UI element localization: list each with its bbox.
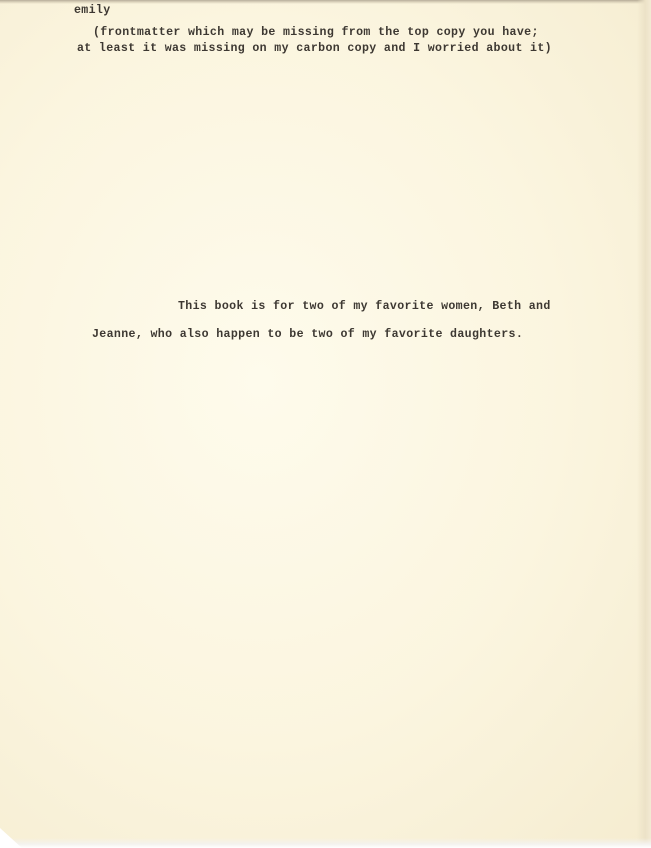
- paper-bottom-edge: [0, 838, 651, 848]
- note-line: (frontmatter which may be missing from t…: [93, 26, 539, 39]
- paper-corner-fold: [0, 828, 22, 848]
- typewritten-page: emily (frontmatter which may be missing …: [0, 0, 651, 848]
- dedication-line: Jeanne, who also happen to be two of my …: [92, 328, 523, 341]
- note-line: at least it was missing on my carbon cop…: [77, 42, 552, 55]
- header-name: emily: [74, 4, 111, 17]
- dedication-line: This book is for two of my favorite wome…: [178, 300, 551, 313]
- paper-right-edge: [637, 0, 651, 848]
